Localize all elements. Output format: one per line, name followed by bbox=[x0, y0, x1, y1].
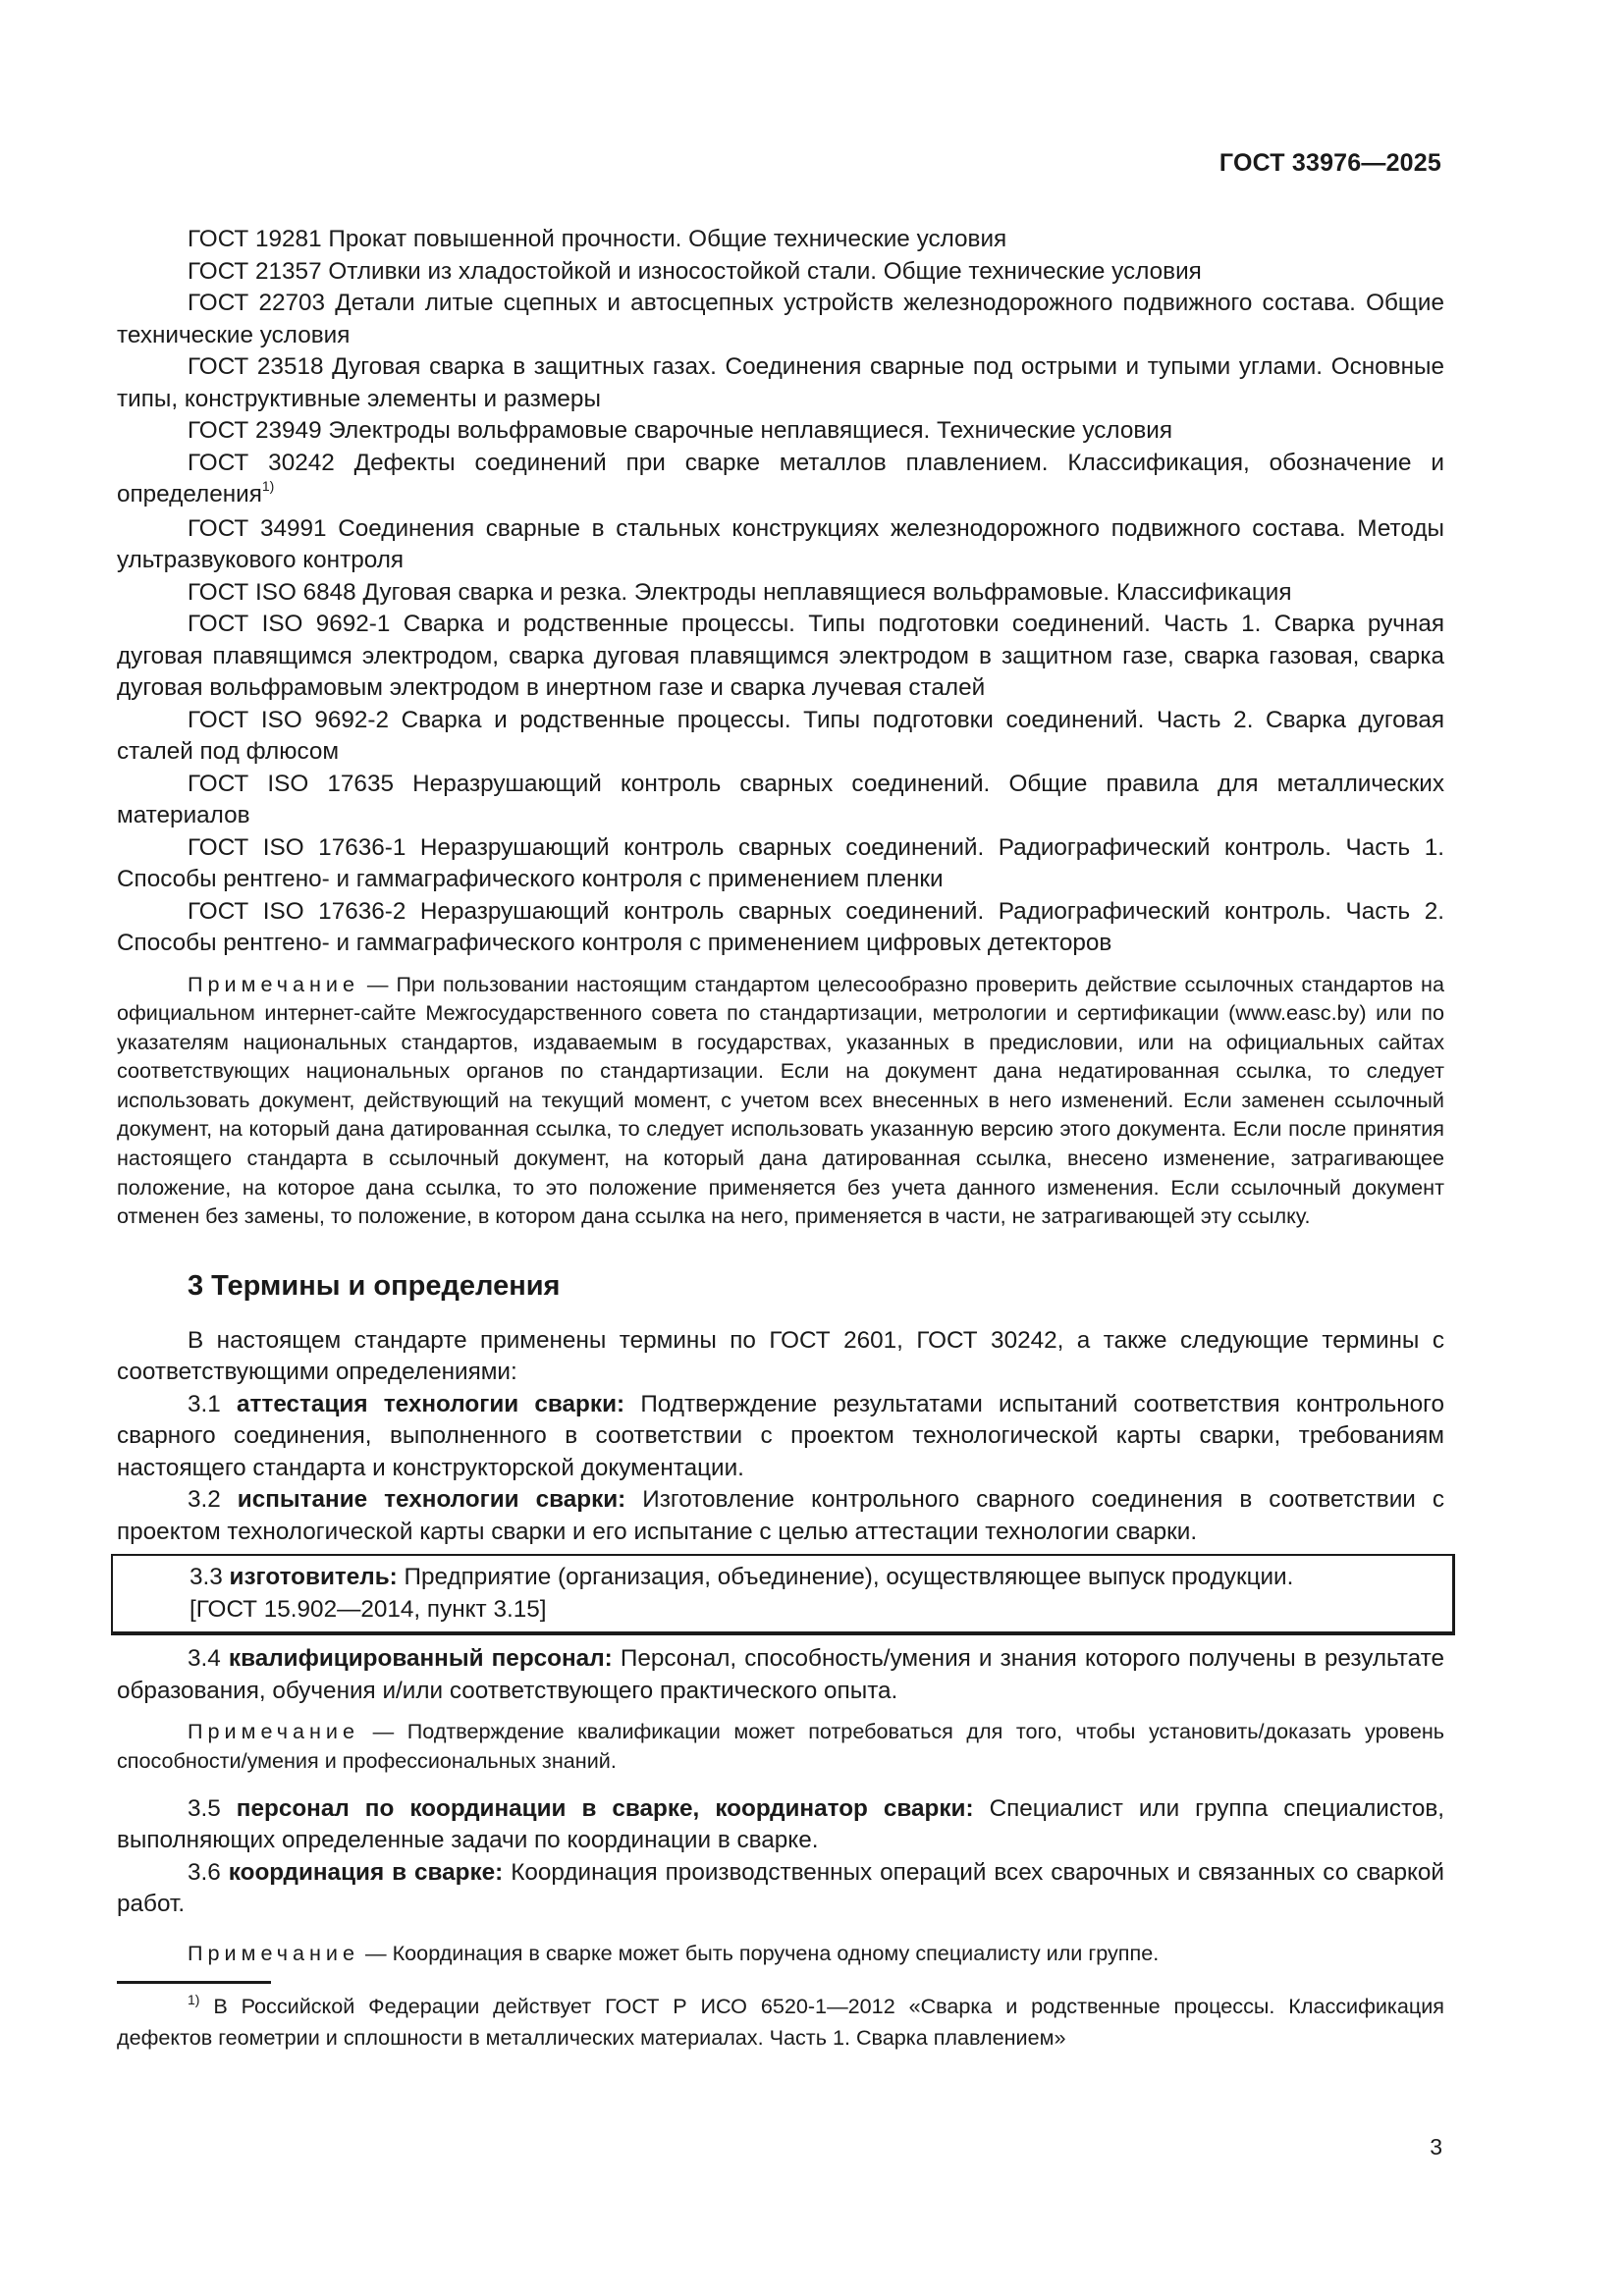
references-note: Примечание — При пользовании настоящим с… bbox=[117, 970, 1444, 1231]
term-definition: 3.1 аттестация технологии сварки: Подтве… bbox=[117, 1389, 1444, 1485]
term-name: квалифицированный персонал: bbox=[229, 1645, 613, 1672]
note-label: Примечание bbox=[188, 1719, 359, 1743]
footnote-reference-mark[interactable]: 1) bbox=[262, 478, 274, 494]
term-definition: 3.3 изготовитель: Предприятие (организац… bbox=[113, 1562, 1442, 1594]
term-source: [ГОСТ 15.902—2014, пункт 3.15] bbox=[113, 1594, 1442, 1627]
term-name: испытание технологии сварки: bbox=[238, 1486, 626, 1513]
note-label: Примечание bbox=[188, 1941, 359, 1965]
term-name: изготовитель: bbox=[230, 1564, 398, 1590]
section-title: 3 Термины и определения bbox=[117, 1266, 1444, 1306]
reference-item: ГОСТ ISO 17636-1 Неразрушающий контроль … bbox=[117, 832, 1444, 896]
reference-item: ГОСТ ISO 17636-2 Неразрушающий контроль … bbox=[117, 896, 1444, 960]
reference-item: ГОСТ ISO 17635 Неразрушающий контроль св… bbox=[117, 769, 1444, 832]
reference-item: ГОСТ 21357 Отливки из хладостойкой и изн… bbox=[117, 256, 1444, 289]
term-note: Примечание — Подтверждение квалификации … bbox=[117, 1717, 1444, 1775]
framed-term-box: 3.3 изготовитель: Предприятие (организац… bbox=[111, 1554, 1455, 1635]
section-intro: В настоящем стандарте применены термины … bbox=[117, 1325, 1444, 1389]
term-definition: 3.2 испытание технологии сварки: Изготов… bbox=[117, 1484, 1444, 1548]
term-name: аттестация технологии сварки: bbox=[237, 1391, 624, 1417]
reference-item: ГОСТ 30242 Дефекты соединений при сварке… bbox=[117, 448, 1444, 513]
reference-item: ГОСТ 19281 Прокат повышенной прочности. … bbox=[117, 224, 1444, 256]
note-label: Примечание bbox=[188, 972, 359, 996]
normative-references-list: ГОСТ 19281 Прокат повышенной прочности. … bbox=[117, 224, 1444, 960]
reference-item: ГОСТ ISO 6848 Дуговая сварка и резка. Эл… bbox=[117, 577, 1444, 610]
term-definition: 3.5 персонал по координации в сварке, ко… bbox=[117, 1793, 1444, 1857]
term-definition: 3.6 координация в сварке: Координация пр… bbox=[117, 1857, 1444, 1921]
reference-item: ГОСТ ISO 9692-2 Сварка и родственные про… bbox=[117, 705, 1444, 769]
term-note: Примечание — Координация в сварке может … bbox=[117, 1939, 1444, 1968]
reference-item: ГОСТ ISO 9692-1 Сварка и родственные про… bbox=[117, 609, 1444, 705]
footnote-separator bbox=[117, 1981, 271, 1984]
term-definition: 3.4 квалифицированный персонал: Персонал… bbox=[117, 1643, 1444, 1707]
footnote-mark: 1) bbox=[188, 1992, 199, 2007]
term-name: персонал по координации в сварке, коорди… bbox=[237, 1795, 974, 1822]
term-name: координация в сварке: bbox=[229, 1859, 503, 1886]
page-content: ГОСТ 19281 Прокат повышенной прочности. … bbox=[117, 224, 1444, 2053]
reference-item: ГОСТ 34991 Соединения сварные в стальных… bbox=[117, 513, 1444, 577]
reference-item: ГОСТ 23518 Дуговая сварка в защитных газ… bbox=[117, 351, 1444, 415]
reference-item: ГОСТ 22703 Детали литые сцепных и автосц… bbox=[117, 288, 1444, 351]
reference-item: ГОСТ 23949 Электроды вольфрамовые свароч… bbox=[117, 415, 1444, 448]
page-number: 3 bbox=[1430, 2134, 1442, 2161]
footnote: 1) В Российской Федерации действует ГОСТ… bbox=[117, 1992, 1444, 2053]
document-header-standard-id: ГОСТ 33976—2025 bbox=[1219, 149, 1441, 178]
